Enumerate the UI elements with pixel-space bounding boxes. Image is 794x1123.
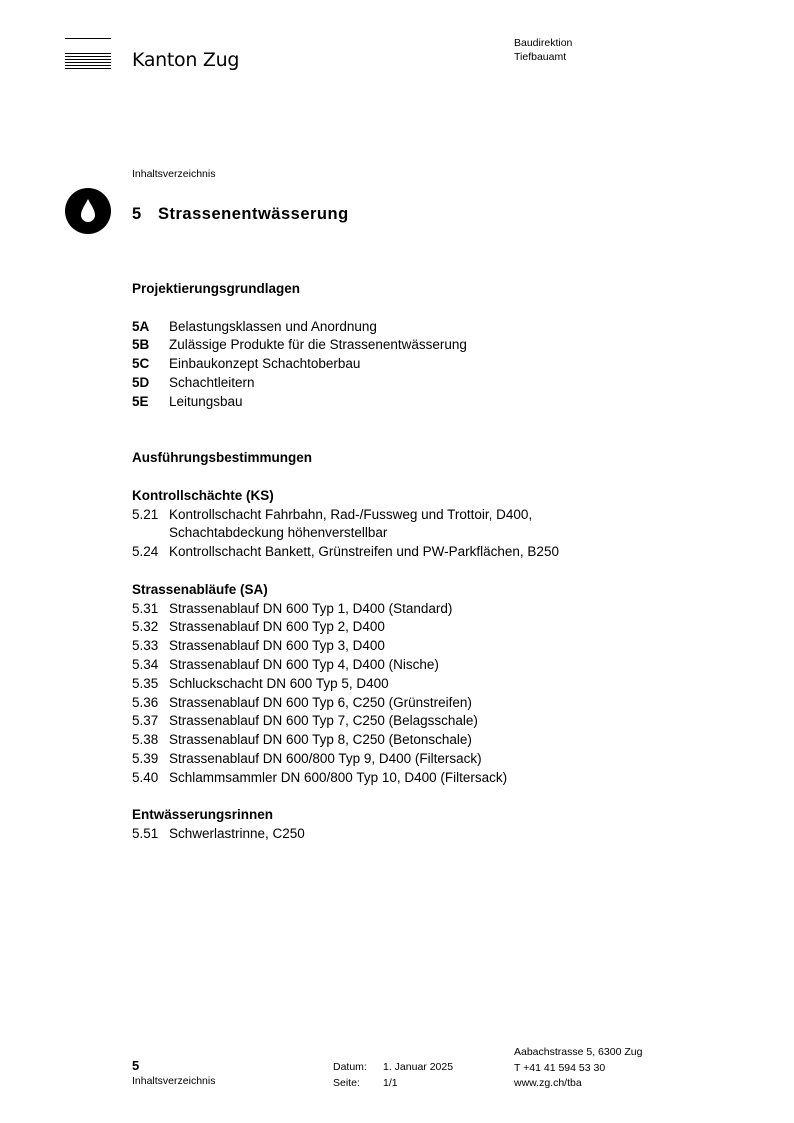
- toc-entry[interactable]: 5.38Strassenablauf DN 600 Typ 8, C250 (B…: [132, 731, 692, 750]
- toc-entry[interactable]: 5CEinbaukonzept Schachtoberbau: [132, 355, 692, 374]
- toc-entry[interactable]: 5.34Strassenablauf DN 600 Typ 4, D400 (N…: [132, 656, 692, 675]
- planning-list: 5ABelastungsklassen und Anordnung5BZuläs…: [132, 318, 692, 412]
- toc-entry-title: Leitungsbau: [169, 393, 692, 412]
- toc-entry-code: 5.40: [132, 769, 169, 788]
- group-heading: Kontrollschächte (KS): [132, 487, 692, 506]
- toc-entry-code: 5.33: [132, 637, 169, 656]
- toc-entry[interactable]: 5.24Kontrollschacht Bankett, Grünstreife…: [132, 543, 692, 562]
- execution-groups: Kontrollschächte (KS)5.21Kontrollschacht…: [132, 468, 692, 844]
- toc-entry[interactable]: 5.35Schluckschacht DN 600 Typ 5, D400: [132, 675, 692, 694]
- date-label: Datum:: [333, 1060, 383, 1076]
- toc-entry[interactable]: 5.36Strassenablauf DN 600 Typ 6, C250 (G…: [132, 694, 692, 713]
- toc-entry-code: 5.35: [132, 675, 169, 694]
- page-value: 1/1: [383, 1076, 398, 1092]
- department-block: Baudirektion Tiefbauamt: [514, 36, 572, 64]
- table-of-contents: Projektierungsgrundlagen 5ABelastungskla…: [132, 280, 692, 844]
- water-drop-icon: [65, 188, 111, 234]
- toc-entry-code: 5A: [132, 318, 169, 337]
- address: Aabachstrasse 5, 6300 Zug: [514, 1045, 642, 1061]
- toc-entry-code: 5D: [132, 374, 169, 393]
- toc-entry-code: 5.38: [132, 731, 169, 750]
- group-heading: Strassenabläufe (SA): [132, 581, 692, 600]
- toc-entry-title: Schluckschacht DN 600 Typ 5, D400: [169, 675, 692, 694]
- website-link[interactable]: www.zg.ch/tba: [514, 1076, 642, 1092]
- toc-entry[interactable]: 5BZulässige Produkte für die Strassenent…: [132, 336, 692, 355]
- toc-entry[interactable]: 5ABelastungsklassen und Anordnung: [132, 318, 692, 337]
- toc-entry[interactable]: 5.37Strassenablauf DN 600 Typ 7, C250 (B…: [132, 712, 692, 731]
- office-name: Tiefbauamt: [514, 50, 572, 64]
- chapter-number: 5: [132, 205, 158, 224]
- footer-chapter-label: Inhaltsverzeichnis: [132, 1075, 215, 1087]
- toc-entry-title: Strassenablauf DN 600 Typ 3, D400: [169, 637, 692, 656]
- toc-entry-code: 5.39: [132, 750, 169, 769]
- toc-entry-title: Schlammsammler DN 600/800 Typ 10, D400 (…: [169, 769, 692, 788]
- footer-chapter-number: 5: [132, 1058, 139, 1073]
- toc-entry[interactable]: 5.33Strassenablauf DN 600 Typ 3, D400: [132, 637, 692, 656]
- toc-entry[interactable]: 5.32Strassenablauf DN 600 Typ 2, D400: [132, 618, 692, 637]
- document-kicker: Inhaltsverzeichnis: [132, 168, 215, 180]
- toc-entry-code: 5E: [132, 393, 169, 412]
- toc-entry-title: Schachtleitern: [169, 374, 692, 393]
- section-heading-execution: Ausführungsbestimmungen: [132, 449, 692, 468]
- toc-entry-title: Kontrollschacht Bankett, Grünstreifen un…: [169, 543, 692, 562]
- toc-entry-title: Einbaukonzept Schachtoberbau: [169, 355, 692, 374]
- toc-entry-title: Strassenablauf DN 600/800 Typ 9, D400 (F…: [169, 750, 692, 769]
- toc-entry[interactable]: 5DSchachtleitern: [132, 374, 692, 393]
- toc-entry-title: Strassenablauf DN 600 Typ 6, C250 (Grüns…: [169, 694, 692, 713]
- toc-entry-code: 5.24: [132, 543, 169, 562]
- toc-entry[interactable]: 5.31Strassenablauf DN 600 Typ 1, D400 (S…: [132, 600, 692, 619]
- toc-entry-code: 5B: [132, 336, 169, 355]
- toc-entry[interactable]: 5ELeitungsbau: [132, 393, 692, 412]
- toc-entry-title: Zulässige Produkte für die Strassenentwä…: [169, 336, 692, 355]
- toc-entry-code: 5.31: [132, 600, 169, 619]
- brand-name: Kanton Zug: [132, 49, 239, 71]
- section-heading-planning: Projektierungsgrundlagen: [132, 280, 692, 299]
- toc-entry-title: Strassenablauf DN 600 Typ 1, D400 (Stand…: [169, 600, 692, 619]
- toc-entry-code: 5.37: [132, 712, 169, 731]
- toc-entry-title: Strassenablauf DN 600 Typ 7, C250 (Belag…: [169, 712, 692, 731]
- toc-entry-title: Strassenablauf DN 600 Typ 2, D400: [169, 618, 692, 637]
- toc-entry[interactable]: 5.51Schwerlastrinne, C250: [132, 825, 692, 844]
- toc-entry-title: Schwerlastrinne, C250: [169, 825, 692, 844]
- phone: T +41 41 594 53 30: [514, 1061, 642, 1077]
- chapter-title: 5Strassenentwässerung: [132, 205, 349, 224]
- toc-entry-title: Kontrollschacht Fahrbahn, Rad-/Fussweg u…: [169, 506, 692, 544]
- document-meta: Datum:1. Januar 2025 Seite:1/1: [333, 1060, 453, 1091]
- toc-entry-code: 5.36: [132, 694, 169, 713]
- toc-entry-code: 5.34: [132, 656, 169, 675]
- toc-entry-title: Strassenablauf DN 600 Typ 8, C250 (Beton…: [169, 731, 692, 750]
- page-label: Seite:: [333, 1076, 383, 1092]
- chapter-name: Strassenentwässerung: [158, 205, 349, 223]
- department-name: Baudirektion: [514, 36, 572, 50]
- group-heading: Entwässerungsrinnen: [132, 806, 692, 825]
- contact-block: Aabachstrasse 5, 6300 Zug T +41 41 594 5…: [514, 1045, 642, 1092]
- date-value: 1. Januar 2025: [383, 1060, 453, 1076]
- toc-entry[interactable]: 5.40Schlammsammler DN 600/800 Typ 10, D4…: [132, 769, 692, 788]
- toc-entry-code: 5.32: [132, 618, 169, 637]
- toc-entry-code: 5.21: [132, 506, 169, 544]
- toc-entry[interactable]: 5.21Kontrollschacht Fahrbahn, Rad-/Fussw…: [132, 506, 692, 544]
- toc-entry-code: 5C: [132, 355, 169, 374]
- toc-entry-title: Belastungsklassen und Anordnung: [169, 318, 692, 337]
- toc-entry-title: Strassenablauf DN 600 Typ 4, D400 (Nisch…: [169, 656, 692, 675]
- toc-entry[interactable]: 5.39Strassenablauf DN 600/800 Typ 9, D40…: [132, 750, 692, 769]
- toc-entry-code: 5.51: [132, 825, 169, 844]
